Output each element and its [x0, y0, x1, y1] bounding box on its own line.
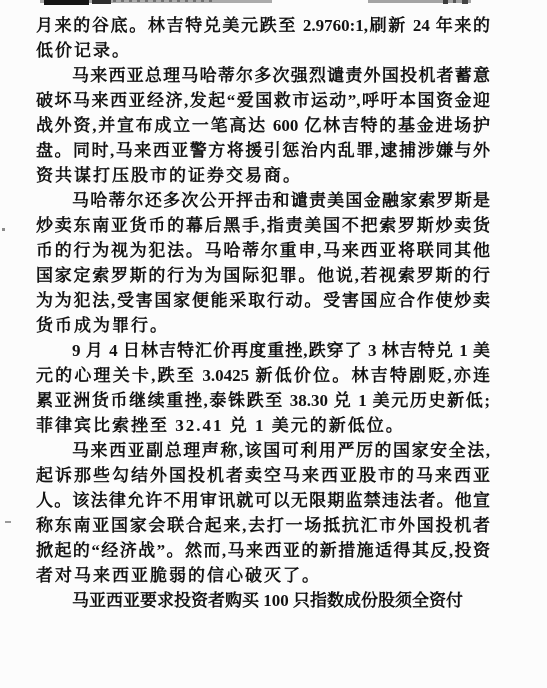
scan-artifact-speckles: [113, 0, 213, 2]
text-line: 菲律宾比索挫至 32.41 兑 1 美元的新低位。: [36, 413, 490, 438]
text-line: 马亚西亚要求投资者购买 100 只指数成份股须全资付: [36, 588, 490, 613]
scan-artifact-speck: [462, 0, 468, 4]
text-line: 9 月 4 日林吉特汇价再度重挫,跌穿了 3 林吉特兑 1 美: [36, 338, 490, 363]
scan-artifact-speck: [2, 228, 5, 231]
scan-artifact-speck: [443, 0, 448, 4]
text-line: 币的行为视为犯法。马哈蒂尔重申,马来西亚将联同其他: [36, 238, 490, 263]
text-line: 人。该法律允许不用审讯就可以无限期监禁违法者。他宣: [36, 488, 490, 513]
text-line: 累亚洲货币继续重挫,泰铢跌至 38.30 兑 1 美元历史新低;: [36, 388, 490, 413]
text-line: 货币成为罪行。: [36, 313, 490, 338]
text-line: 盘。同时,马来西亚警方将援引惩治内乱罪,逮捕涉嫌与外: [36, 138, 490, 163]
text-line: 资共谋打压股市的证券交易商。: [36, 163, 490, 188]
text-line: 战外资,并宣布成立一笔高达 600 亿林吉特的基金进场护: [36, 113, 490, 138]
text-line: 为为犯法,受害国家便能采取行动。受害国应合作使炒卖: [36, 288, 490, 313]
text-line: 掀起的“经济战”。然而,马来西亚的新措施适得其反,投资: [36, 538, 490, 563]
text-line: 破坏马来西亚经济,发起“爱国救市运动”,呼吁本国资金迎: [36, 88, 490, 113]
text-line: 月来的谷底。林吉特兑美元跌至 2.9760:1,刷新 24 年来的: [36, 13, 490, 38]
scan-artifact-dark-bar-2: [92, 0, 111, 4]
text-line: 起诉那些勾结外国投机者卖空马来西亚股市的马来西亚: [36, 463, 490, 488]
text-line: 炒卖东南亚货币的幕后黑手,指责美国不把索罗斯炒卖货: [36, 213, 490, 238]
text-line: 马来西亚副总理声称,该国可利用严厉的国家安全法,: [36, 438, 490, 463]
text-line: 称东南亚国家会联合起来,去打一场抵抗汇市外国投机者: [36, 513, 490, 538]
text-line: 者对马来西亚脆弱的信心破灭了。: [36, 563, 490, 588]
page-text: 月来的谷底。林吉特兑美元跌至 2.9760:1,刷新 24 年来的低价记录。马来…: [36, 13, 490, 613]
text-line: 国家定索罗斯的行为为国际犯罪。他说,若视索罗斯的行: [36, 263, 490, 288]
text-line: 元的心理关卡,跌至 3.0425 新低价位。林吉特剧贬,亦连: [36, 363, 490, 388]
text-line: 马来西亚总理马哈蒂尔多次强烈谴责外国投机者蓄意: [36, 63, 490, 88]
book-page: 月来的谷底。林吉特兑美元跌至 2.9760:1,刷新 24 年来的低价记录。马来…: [0, 0, 547, 688]
scan-artifact-dark-bar: [44, 0, 89, 5]
text-line: 马哈蒂尔还多次公开抨击和谴责美国金融家索罗斯是: [36, 188, 490, 213]
scan-artifact-speck: [5, 521, 11, 523]
text-line: 低价记录。: [36, 38, 490, 63]
scan-artifact-speck: [453, 0, 456, 3]
